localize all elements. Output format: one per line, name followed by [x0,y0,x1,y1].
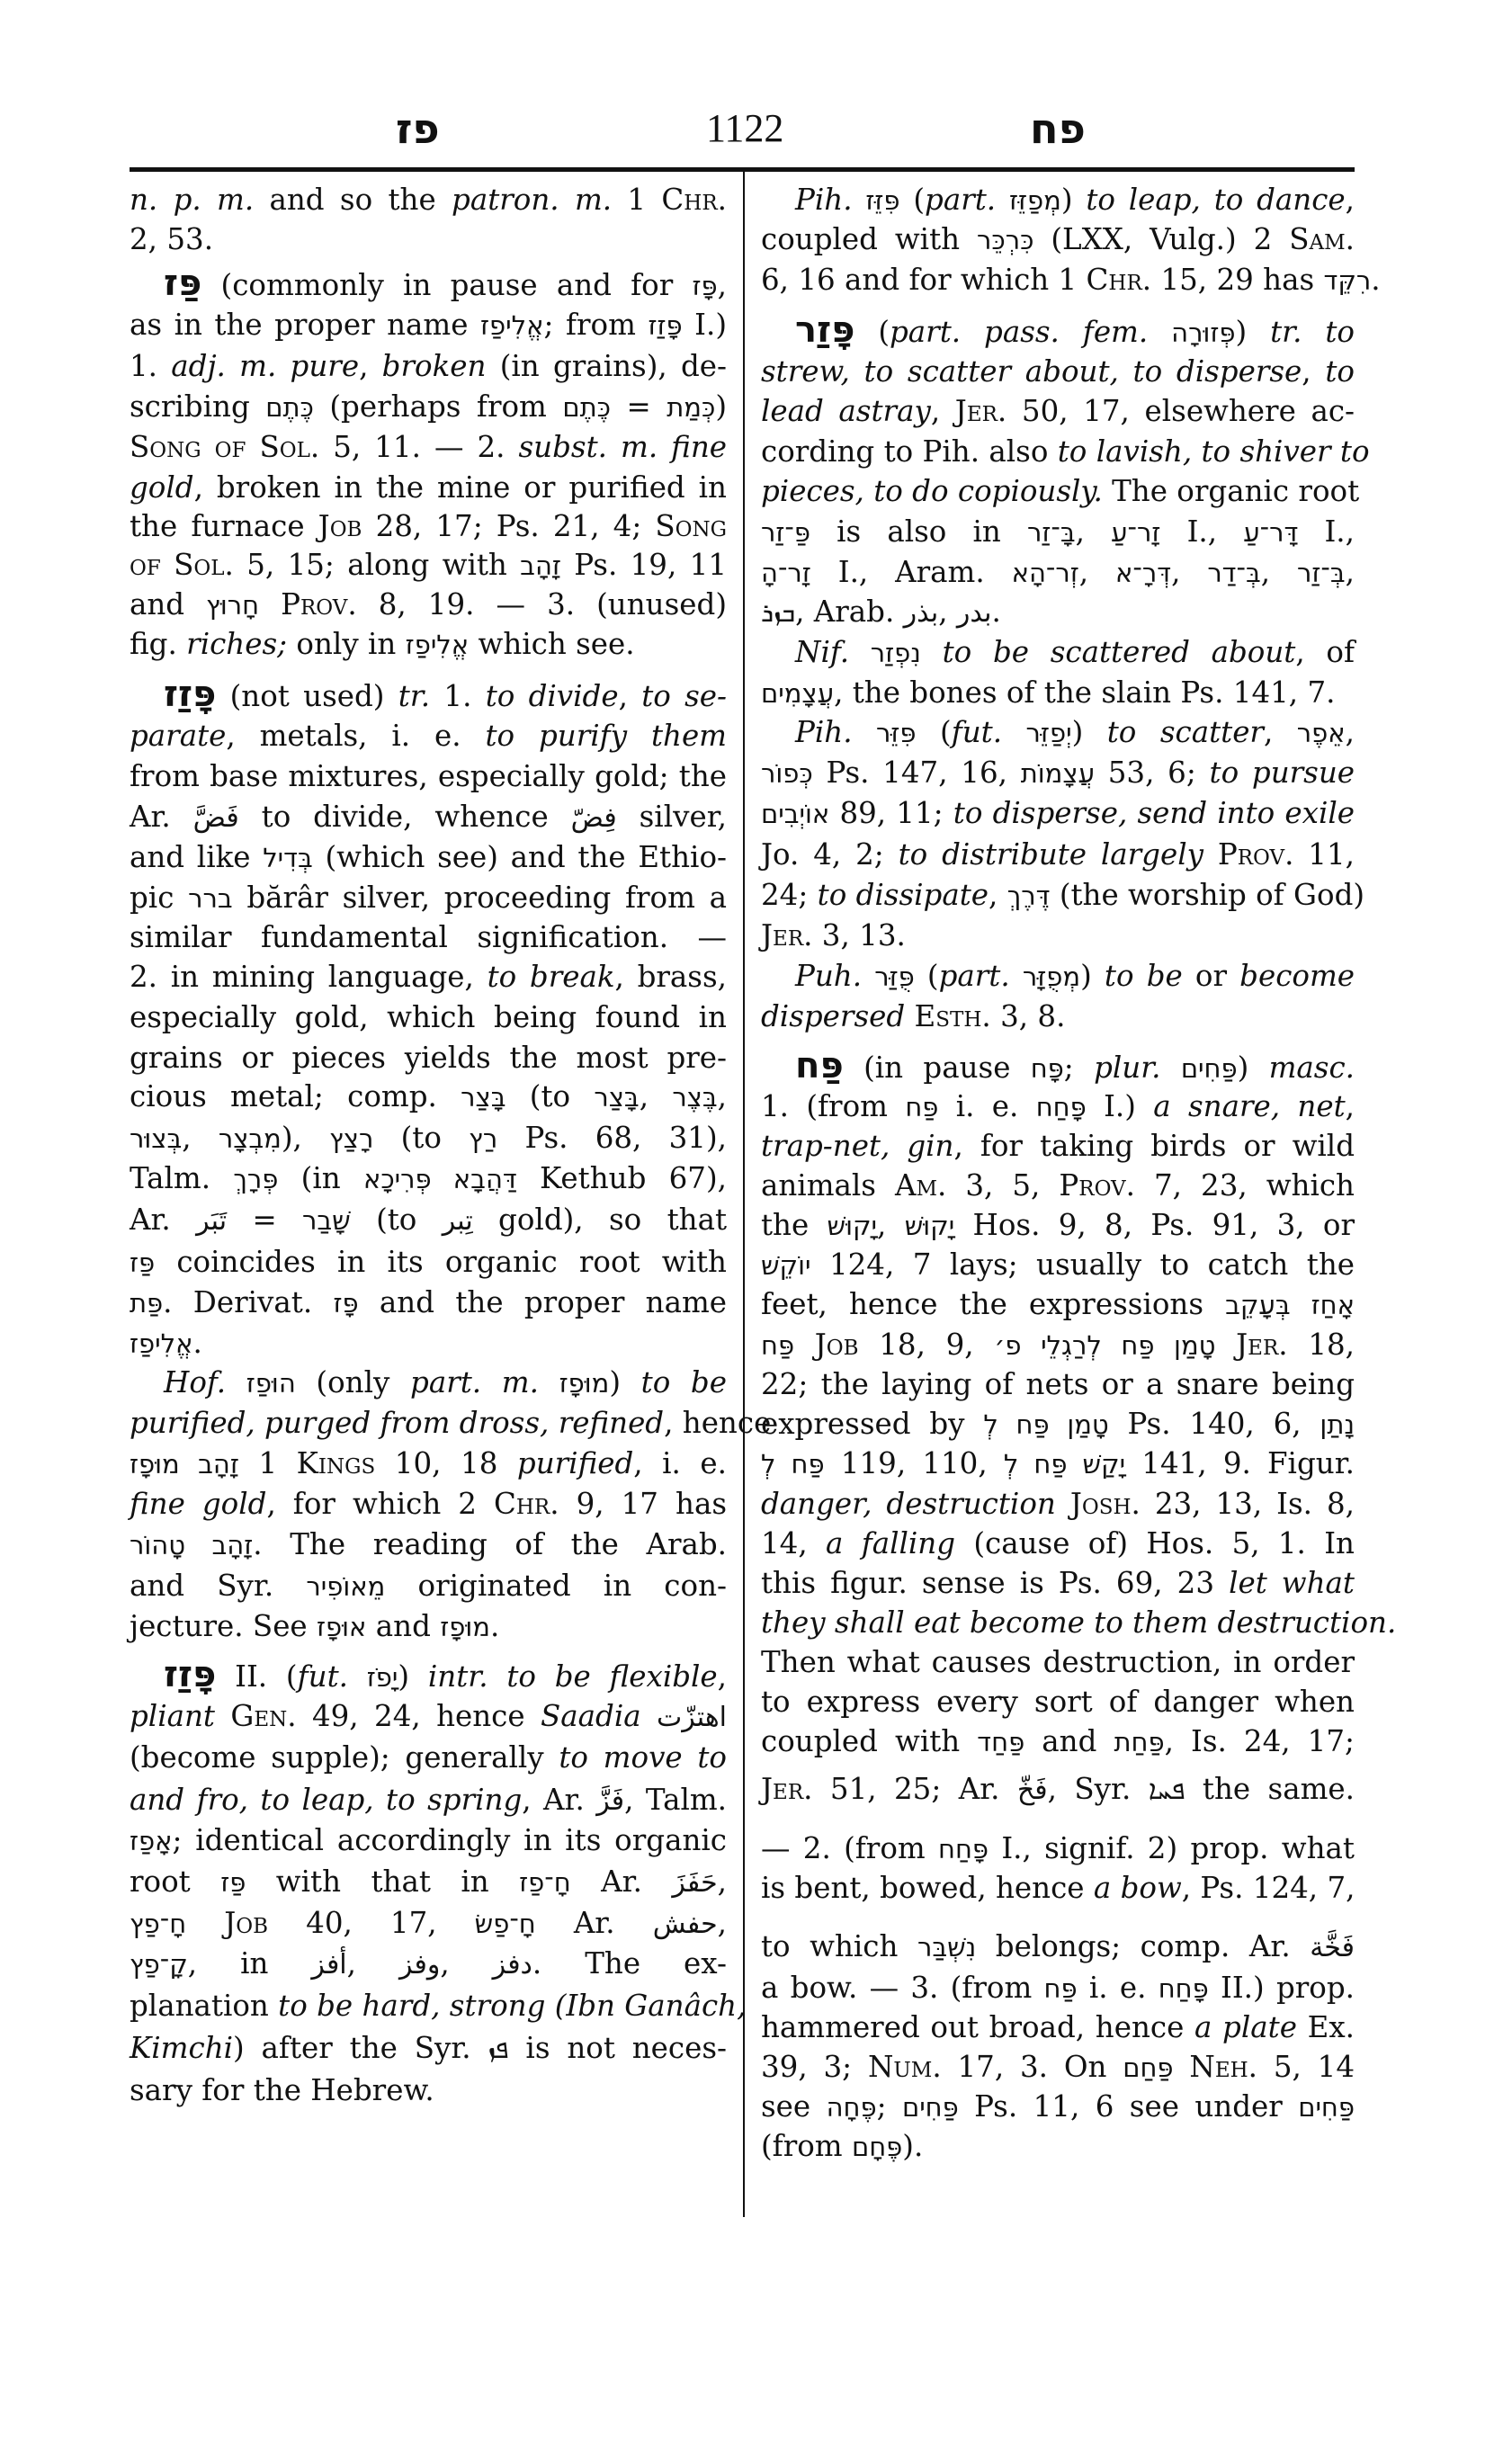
text-run: 2. in mining language, [130,960,488,994]
text-run: is bent, bowed, hence [761,1871,1094,1905]
text-run [921,635,943,669]
text-run: , [718,1864,727,1899]
smallcaps-run: Kings [297,1446,376,1480]
text-run [1056,1487,1070,1521]
text-run: Ps. 140, 6, [1109,1407,1320,1441]
hebrew-word: פַּז [130,1247,155,1278]
hebrew-word: פַּח [905,1092,938,1122]
text-run: , [877,1208,905,1242]
text-run: , i. e. [633,1446,727,1480]
italic-run: to scatter [1107,715,1264,749]
text-run: (which see) and the Ethio- [313,840,727,874]
text-run: and like [130,840,263,874]
text-line: the יָקוּשׁ, יָקוּשׁ Hos. 9, 8, Ps. 91, … [761,1205,1355,1245]
text-run: hammered out broad, hence [761,2010,1194,2044]
text-run: 18, 9, [859,1328,995,1362]
text-run: , Talm. [624,1783,727,1817]
text-run: , [619,679,642,713]
text-line: ܒܙܪ, Arab. بذر, بدر. [761,592,1355,631]
hebrew-word: דָּר־עַ [1243,517,1298,548]
hebrew-word: כֶּתֶם [265,392,314,423]
hebrew-word: עֲצָמִים [761,678,834,709]
text-run: , Ar. [522,1783,596,1817]
text-line: lead astray, Jer. 50, 17, elsewhere ac- [761,391,1355,431]
text-line: and like בְּדִיל (which see) and the Eth… [130,837,727,877]
header-rule [130,167,1355,172]
hebrew-word: בָּצַר [594,1082,639,1113]
text-run [539,1365,559,1399]
text-run: 23, 13, Is. 8, [1141,1487,1355,1521]
text-line: (from פֶּחָם). [761,2126,1355,2166]
text-line: expressed by טָמַן פַּח לְ Ps. 140, 6, נ… [761,1404,1355,1444]
hebrew-word: מוּפָז [440,1612,490,1642]
text-line: 6, 16 and for which 1 Chr. 15, 29 has רִ… [761,260,1355,300]
text-run: , [1346,1089,1355,1123]
arabic-word: حفش [653,1909,718,1940]
text-run [1010,959,1023,993]
italic-run: Saadia [541,1699,641,1733]
text-line: פַּח (in pause פָּח; plur. פַּחִים) masc… [761,1046,1355,1086]
text-line: Pih. פִּזֵּז (part. מְפַזֵּז) to leap, t… [761,180,1355,219]
text-run: ) [1238,1051,1269,1085]
hebrew-word: פַּח [1044,1973,1078,2004]
text-line: אוֹיְבִים 89, 11; to disperse, send into… [761,793,1355,833]
text-run: 7, 23, which [1135,1168,1355,1203]
text-run: (only [296,1365,410,1399]
text-run: 11, [1293,837,1355,872]
italic-run: purified, purged from dross, refined [130,1406,664,1440]
text-line: is bent, bowed, hence a bow, Ps. 124, 7, [761,1868,1355,1908]
text-line: זָר־הָ I., Aram. זְר־הָא, דְּרָ־א, בְּ־ד… [761,552,1355,592]
text-line: cording to Pih. also to lavish, to shive… [761,432,1355,471]
italic-run: lead astray [761,394,931,428]
italic-run: dispersed [761,999,905,1033]
italic-run: Pih. [795,715,853,749]
italic-run: purified [517,1446,633,1480]
text-line: and חָרוּץ Prov. 8, 19. — 3. (unused) [130,585,727,624]
italic-run: to lavish, to shiver to [1058,434,1370,469]
text-run: silver, [617,800,727,834]
text-run: 28, 17; Ps. 21, 4; [362,509,655,543]
text-run: (in grains), de- [486,349,727,383]
italic-run: let what [1229,1566,1355,1600]
text-line: פָּזַז II. (fut. יָפֹז) intr. to be flex… [130,1655,727,1694]
text-run: (not used) [216,679,398,713]
hebrew-word: בְּ־דַר [1207,558,1260,588]
text-run: I., Aram. [811,555,1012,589]
italic-run: a snare, net [1153,1089,1345,1123]
italic-run: plur. [1094,1051,1160,1085]
text-run: coincides in its organic root with [155,1245,727,1279]
smallcaps-run: of Sol. [130,548,234,582]
text-line: (become supple); generally to move to [130,1738,727,1777]
smallcaps-run: Num. [868,2050,942,2084]
text-run: ), [282,1121,329,1155]
italic-run: to disperse, send into exile [953,796,1355,830]
text-line: חָ־פַץ Job 40, 17, חָ־פַשׂ Ar. حفش, [130,1903,727,1943]
text-run [215,1699,230,1733]
text-run: (to [506,1079,595,1113]
text-line: to which נִשְׁבַּר belongs; comp. Ar. فَ… [761,1927,1355,1966]
smallcaps-run: Chr. [1087,263,1152,297]
hebrew-headword: פַּח [795,1045,844,1086]
text-run: , [640,1079,673,1113]
text-line: animals Am. 3, 5, Prov. 7, 23, which [761,1166,1355,1205]
text-run: ; from [544,308,649,342]
text-run: ) [398,1659,427,1694]
smallcaps-run: Gen. [230,1699,296,1733]
text-run: a bow. — 3. (from [761,1971,1044,2005]
smallcaps-run: Chr. [661,183,727,217]
text-run: coupled with [761,1724,977,1758]
text-run: (commonly in pause and for [201,268,692,302]
text-run: I.) [683,308,727,342]
smallcaps-run: Song of Sol. [130,430,319,464]
hebrew-word: יָפֹז [367,1662,398,1693]
text-line: sary for the Hebrew. [130,2070,727,2110]
arabic-word: بذر [904,597,939,629]
text-run: 50, 17, elsewhere ac- [1007,394,1355,428]
hebrew-word: זָהָב טָהוֹר [130,1530,253,1560]
text-line: Puh. פֻּזַּר (part. מְפֻזָּר) to be or b… [761,956,1355,996]
text-line: 2, 53. [130,219,727,259]
text-line: 2. in mining language, to break, brass, [130,957,727,997]
hebrew-word: מֵאוֹפִיר [306,1571,385,1602]
text-run: , the bones of the slain Ps. 141, 7. [834,675,1335,710]
text-line: Jer. 51, 25; Ar. فَخّ, Syr. ܦܚܐ the same… [761,1769,1355,1809]
text-line: they shall eat become to them destructio… [761,1603,1355,1642]
text-run: ) [1061,183,1086,217]
italic-run: trap-net, gin [761,1129,953,1163]
hebrew-word: פַּחַד [977,1727,1024,1757]
italic-run: gold [130,470,194,505]
text-run: 6, 16 and for which 1 [761,263,1087,297]
hebrew-word: אֱלִיפַז [406,630,470,660]
text-run: grains or pieces yields the most pre- [130,1041,727,1075]
text-line: grains or pieces yields the most pre- [130,1038,727,1077]
text-line: Talm. פְּרָךְ (in דַּהֲבָא פְּרִיכָא Ket… [130,1158,727,1198]
text-line: Song of Sol. 5, 11. — 2. subst. m. fine [130,427,727,467]
text-run: . [193,1326,202,1360]
text-line: Hof. הוּפַז (only part. m. מוּפָז) to be [130,1363,727,1402]
italic-run: to se- [641,679,727,713]
text-run: 124, 7 lays; usually to catch the [811,1247,1355,1282]
text-run: , [718,1079,727,1113]
text-run: belongs; comp. Ar. [976,1929,1310,1963]
smallcaps-run: Am. [895,1168,946,1203]
text-line: פַּ־זַר is also in בָּ־זַר, זָר־עַ I., ד… [761,512,1355,551]
text-run: — 2. (from [761,1831,938,1865]
hebrew-word: חָ־פַז [519,1867,571,1898]
text-run: jecture. See [130,1609,317,1643]
smallcaps-run: Jer. [955,394,1007,428]
text-run: , Arab. [795,595,904,629]
text-run: 51, 25; Ar. [812,1772,1016,1806]
text-run: I., [1298,514,1355,549]
page-number: 1122 [706,106,783,151]
text-line: 39, 3; Num. 17, 3. On פַּחַם Neh. 5, 14 [761,2047,1355,2087]
text-run: , [1079,555,1115,589]
text-run: ( [854,315,890,349]
text-run: 2, 53. [130,222,213,256]
hebrew-word: הוּפַז [246,1368,296,1399]
text-run: bărâr silver, proceeding from a [233,881,727,915]
smallcaps-run: Jer. [761,1772,812,1806]
text-line: Pih. פִּזֵּר (fut. יְפַזֵּר) to scatter,… [761,712,1355,752]
text-line: hammered out broad, hence a plate Ex. [761,2007,1355,2047]
column-divider [743,171,745,2217]
italic-run: part. m. [410,1365,539,1399]
smallcaps-run: Job [224,1906,268,1940]
text-line: root פַּז with that in חָ־פַז Ar. حَفَزَ… [130,1862,727,1901]
text-line: coupled with כִּרְכֵּר (LXX, Vulg.) 2 Sa… [761,219,1355,259]
text-run: , [938,595,957,629]
hebrew-word: עֲצָמוֹת [1021,758,1095,789]
text-line: jecture. See אוּפָז and מוּפָז. [130,1606,727,1646]
italic-run: to dissipate [818,878,989,912]
text-line: scribing כֶּתֶם (perhaps from כֶּתֶם = כ… [130,387,727,426]
hebrew-word: פֶּחָם [852,2132,902,2162]
text-run: 1. (from [761,1089,905,1123]
text-line: 14, a falling (cause of) Hos. 5, 1. In [761,1524,1355,1563]
text-run: gold), so that [473,1203,727,1237]
text-run [259,587,281,621]
text-line: Ar. تَبَر = שָׁבַר (to تِبر gold), so th… [130,1200,727,1239]
arabic-word: اهتزّت [657,1702,727,1733]
text-run: is also in [810,514,1027,549]
hebrew-word: נָתַן [1320,1409,1355,1440]
italic-run: to be scattered about [943,635,1296,669]
text-run: 9, 17 has [559,1487,727,1521]
italic-run: to leap, to dance [1086,183,1345,217]
text-line: Ar. فَضَّ to divide, whence فِضّ silver, [130,797,727,836]
text-run: , [989,878,1007,912]
italic-run: to break [488,960,615,994]
italic-run: Puh. [795,959,862,993]
hebrew-word: פְּזוּרָה [1171,317,1235,348]
text-run: 15, 29 has [1151,263,1323,297]
arabic-word: فَضَّ [193,802,239,834]
text-run: i. e. [1078,1971,1159,2005]
text-run: animals [761,1168,895,1203]
text-line: Nif. נִפְזַר to be scattered about, of [761,632,1355,672]
text-run [853,183,866,217]
text-run: (to [373,1121,469,1155]
text-run: 10, 18 [375,1446,517,1480]
text-line: a bow. — 3. (from פַּח i. e. פָּחַח II.)… [761,1968,1355,2007]
text-run: cording to Pih. also [761,434,1058,469]
text-run: 1. [430,679,486,713]
text-run: . [490,1609,499,1643]
text-run [641,1699,657,1733]
hebrew-headword: פַּז [164,263,201,304]
text-run: the same. [1185,1772,1355,1806]
text-line: this figur. sense is Ps. 69, 23 let what [761,1563,1355,1603]
hebrew-word: מוּפָז [559,1368,610,1399]
text-run [794,1328,815,1362]
italic-run: to be [1105,959,1183,993]
hebrew-word: חָ־פַשׂ [475,1909,536,1939]
text-line: פַּח Job 18, 9, טָמַן פַּח לְרַגְלֵי פ׳ … [761,1325,1355,1364]
text-run: Ps. 68, 31), [497,1121,727,1155]
text-run: The organic root [1103,474,1359,508]
text-line: trap-net, gin, for taking birds or wild [761,1126,1355,1166]
text-run [186,1906,224,1940]
text-run: 49, 24, hence [297,1699,541,1733]
hebrew-word: זָר־עַ [1111,517,1160,548]
text-run: ( [917,715,952,749]
smallcaps-run: Job [318,509,362,543]
text-line: fig. riches; only in אֱלִיפַז which see. [130,624,727,664]
text-run: , of [1295,635,1355,669]
hebrew-word: מִבְצָר [219,1123,282,1154]
text-line: 1. (from פַּח i. e. פָּחַח I.) a snare, … [761,1086,1355,1126]
smallcaps-run: Prov. [281,587,357,621]
italic-run: Pih. [795,183,853,217]
text-run: (become supple); generally [130,1740,559,1775]
text-run: , metals, i. e. [226,719,485,753]
italic-run: part. [925,183,996,217]
italic-run: Hof. [164,1365,226,1399]
text-run [1161,1051,1181,1085]
text-run: is not neces- [509,2031,727,2065]
text-line: פָּזַז (not used) tr. 1. to divide, to s… [130,675,727,714]
text-run: , for which 2 [266,1487,494,1521]
hebrew-word: זָר־הָ [761,558,811,588]
text-run: ( [900,183,925,217]
text-line: of Sol. 5, 15; along with זָהָב Ps. 19, … [130,545,727,585]
italic-run: to [1325,354,1355,389]
text-line: n. p. m. and so the patron. m. 1 Chr. [130,180,727,219]
text-run [862,959,874,993]
text-run: ) [1236,315,1271,349]
italic-run: fut. [298,1659,348,1694]
text-run: cious metal; comp. [130,1079,461,1113]
italic-run: tr. to [1270,315,1355,349]
text-run: , [718,1906,727,1940]
italic-run: part. pass. fem. [890,315,1148,349]
hebrew-word: אֵפֶר [1297,718,1346,748]
text-run: = [227,1203,302,1237]
italic-run: to move to [559,1740,727,1775]
text-run: Ps. 11, 6 see under [959,2089,1298,2124]
text-run: , Syr. [1048,1772,1149,1806]
italic-run: to distribute largely [899,837,1203,872]
text-run: Kethub 67), [517,1161,727,1195]
text-run: Ex. [1297,2010,1355,2044]
smallcaps-run: Job [815,1328,859,1362]
hebrew-headword: פָּזַר [795,309,854,351]
text-line: כְּפוֹר Ps. 147, 16, עֲצָמוֹת 53, 6; to … [761,753,1355,792]
italic-run: to divide [486,679,619,713]
hebrew-word: שָׁבַר [302,1205,351,1236]
text-run: , Ps. 124, 7, [1182,1871,1355,1905]
text-line: Jo. 4, 2; to distribute largely Prov. 11… [761,835,1355,874]
smallcaps-run: Jer. [761,918,812,952]
text-line: fine gold, for which 2 Chr. 9, 17 has [130,1484,727,1524]
text-line: coupled with פַּחַד and פַּחַת, Is. 24, … [761,1721,1355,1761]
text-run: (cause of) Hos. 5, 1. In [955,1526,1355,1560]
arabic-word: حَفَزَ [672,1867,717,1899]
hebrew-word: יָקוּשׁ [905,1211,955,1241]
text-run: 53, 6; [1095,756,1210,790]
italic-run: Kimchi [130,2031,233,2065]
hebrew-word: פִּזֵּר [876,718,917,748]
text-run: (the worship of God) [1050,878,1364,912]
text-run: 119, 110, [825,1446,1004,1480]
italic-run: riches; [186,627,287,661]
text-run: to divide, whence [239,800,571,834]
smallcaps-run: Chr. [494,1487,559,1521]
text-run: , [440,1946,492,1981]
text-line: בְּצוּר, מִבְצָר), רָצַץ (to רַץ Ps. 68,… [130,1118,727,1158]
text-line: purified, purged from dross, refined, he… [130,1403,727,1443]
italic-run: a bow [1094,1871,1182,1905]
text-run: . [1371,263,1380,297]
text-run: (in pause [844,1051,1031,1085]
text-run: and so the [254,183,452,217]
hebrew-word: אוּפָז [317,1612,366,1642]
text-line: and Syr. מֵאוֹפִיר originated in con- [130,1566,727,1605]
text-run: expressed by [761,1407,983,1441]
arabic-word: أفز [311,1949,346,1981]
text-run: (from [761,2129,852,2163]
text-run [905,999,914,1033]
text-run [853,715,876,749]
text-run: fig. [130,627,186,661]
text-run: and Syr. [130,1569,306,1603]
italic-run: patron. m. [452,183,612,217]
hebrew-word: פַּ־זַר [761,517,810,548]
text-run: , [718,1659,727,1694]
italic-run: parate [130,719,226,753]
text-run [348,1659,367,1694]
text-run [1002,715,1025,749]
text-run: . The ex- [532,1946,727,1981]
hebrew-word: כְּמַת [667,392,715,423]
text-line: פַּז (commonly in pause and for פָּז, [130,264,727,303]
text-line: parate, metals, i. e. to purify them [130,716,727,756]
text-line: אֱלִיפַז. [130,1323,727,1363]
hebrew-word: כֶּתֶם [562,392,611,423]
text-line: especially gold, which being found in [130,997,727,1037]
text-run: and [130,587,206,621]
hebrew-word: נִשְׁבַּר [917,1932,976,1963]
text-line: זָהָב מוּפָז 1 Kings 10, 18 purified, i.… [130,1444,727,1483]
hebrew-word: חָ־פַץ [130,1909,186,1939]
text-run: 18, [1288,1328,1355,1362]
text-run: the furnace [130,509,318,543]
text-line: — 2. (from פָּחַח I., signif. 2) prop. w… [761,1829,1355,1868]
text-run: , in [188,1946,312,1981]
hebrew-word: פַּח [761,1330,794,1361]
text-run: 14, [761,1526,826,1560]
hebrew-word: כְּפוֹר [761,758,813,789]
italic-run: to purify them [485,719,727,753]
italic-run: masc. [1269,1051,1355,1085]
text-line: see פֶּחָה; פַּחִים Ps. 11, 6 see under … [761,2087,1355,2126]
italic-run: subst. m. fine [519,430,728,464]
text-run [996,183,1009,217]
text-run [1174,2050,1190,2084]
text-line: danger, destruction Josh. 23, 13, Is. 8, [761,1484,1355,1524]
text-run: ( [915,959,939,993]
italic-run: to be hard, strong (Ibn Ganâch, [278,1989,746,2023]
hebrew-word: יָקַשׁ פַּח לְ [1004,1449,1125,1480]
text-run: which see. [469,627,634,661]
italic-run: to be [641,1365,727,1399]
text-run: and the proper name [359,1285,727,1319]
